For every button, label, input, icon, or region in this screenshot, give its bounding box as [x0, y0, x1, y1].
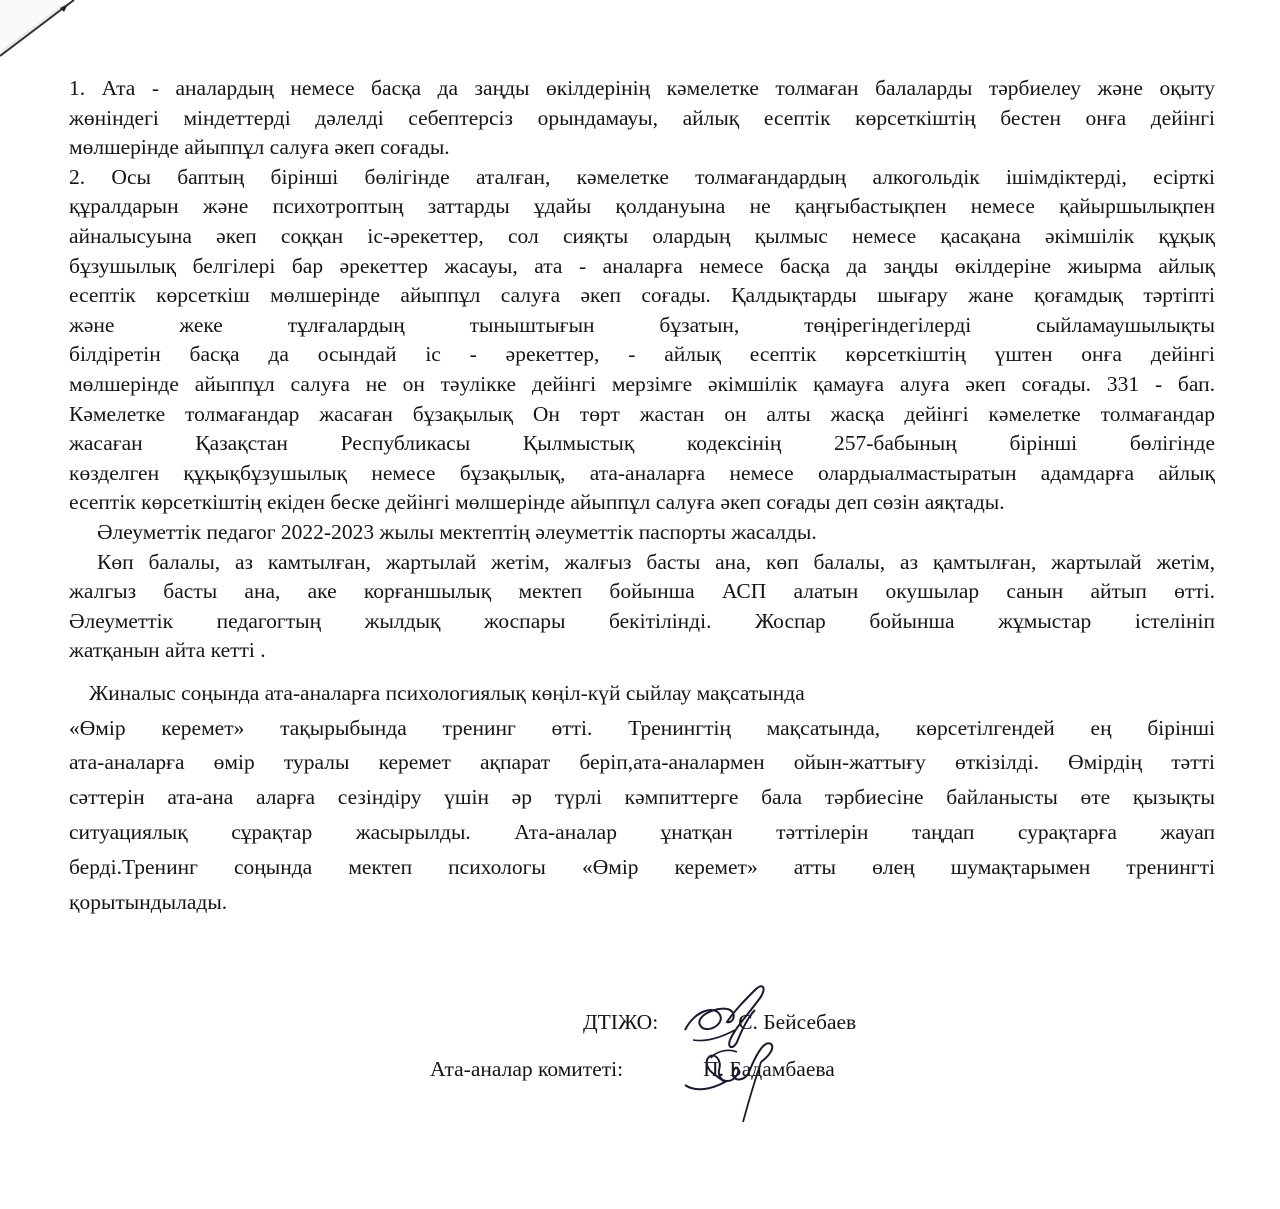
text-line: 2. Осы баптың бірінші бөлігінде аталған,… [69, 163, 1215, 193]
page-corner-fold-icon [0, 0, 80, 60]
text-line: құралдарын және психотроптың заттарды ұд… [69, 192, 1215, 222]
text-line: мөлшерінде айыппұл салуға не он тәулікке… [69, 370, 1215, 400]
text-line: 1. Ата - аналардың немесе басқа да заңды… [69, 74, 1215, 104]
social-pedagogue-paragraph: Әлеуметтік педагог 2022-2023 жылы мектеп… [69, 518, 1215, 548]
text-line: жөніндегі міндеттерді дәлелді себептерсі… [69, 104, 1215, 134]
signature-dtizho: ДТІЖО:С. Бейсебаев [583, 1010, 856, 1035]
section-2: 2. Осы баптың бірінші бөлігінде аталған,… [69, 163, 1215, 518]
text-line: берді.Тренинг соңында мектеп психологы «… [69, 850, 1215, 885]
text-line: Әлеуметтік педагогтың жылдық жоспары бек… [69, 607, 1215, 637]
text-line: және жеке тұлғалардың тыныштығын бұзатын… [69, 311, 1215, 341]
document-page: 1. Ата - аналардың немесе басқа да заңды… [69, 74, 1215, 919]
text-line: ата-аналарға өмір туралы керемет ақпарат… [69, 745, 1215, 780]
text-line: жалгыз басты ана, аке корғаншылық мектеп… [69, 577, 1215, 607]
text-line: ситуациялық сұрақтар жасырылды. Ата-анал… [69, 815, 1215, 850]
text-line: Көп балалы, аз камтылған, жартылай жетім… [69, 548, 1215, 578]
text-line: жатқанын айта кетті . [69, 636, 1215, 666]
text-line: мөлшерінде айыппұл салуға әкеп соғады. [69, 133, 1215, 163]
section-1: 1. Ата - аналардың немесе басқа да заңды… [69, 74, 1215, 163]
text-line: сәттерін ата-ана аларға сезіндіру үшін ә… [69, 780, 1215, 815]
text-line: айналысуына әкеп соққан іс-әрекеттер, со… [69, 222, 1215, 252]
text-line: білдіретін басқа да осындай іс - әрекетт… [69, 340, 1215, 370]
text-line: есептік көрсеткіш мөлшерінде айыппұл сал… [69, 281, 1215, 311]
text-line: көзделген құқықбұзушылық немесе бұзақылы… [69, 459, 1215, 489]
students-info-paragraph: Көп балалы, аз камтылған, жартылай жетім… [69, 548, 1215, 666]
text-line: бұзушылық белгілері бар әрекеттер жасауы… [69, 252, 1215, 282]
signatory-name: С. Бейсебаев [738, 1010, 856, 1034]
text-line: Әлеуметтік педагог 2022-2023 жылы мектеп… [69, 518, 1215, 548]
text-line: Кәмелетке толмағандар жасаған бұзақылық … [69, 400, 1215, 430]
training-paragraph: Жиналыс соңында ата-аналарға психологиял… [69, 676, 1215, 920]
text-line: есептік көрсеткіштің екіден беске дейінг… [69, 488, 1215, 518]
signature-label: Ата-аналар комитеті: [430, 1057, 623, 1081]
text-line: жасаған Қазақстан Республикасы Қылмыстық… [69, 429, 1215, 459]
signature-committee: Ата-аналар комитеті:П. Бадамбаева [430, 1057, 835, 1082]
text-line: Жиналыс соңында ата-аналарға психологиял… [69, 676, 1215, 711]
text-line: қорытындылады. [69, 885, 1215, 920]
signatory-name: П. Бадамбаева [703, 1057, 835, 1081]
text-line: «Өмір керемет» тақырыбында тренинг өтті.… [69, 711, 1215, 746]
signature-label: ДТІЖО: [583, 1010, 658, 1034]
